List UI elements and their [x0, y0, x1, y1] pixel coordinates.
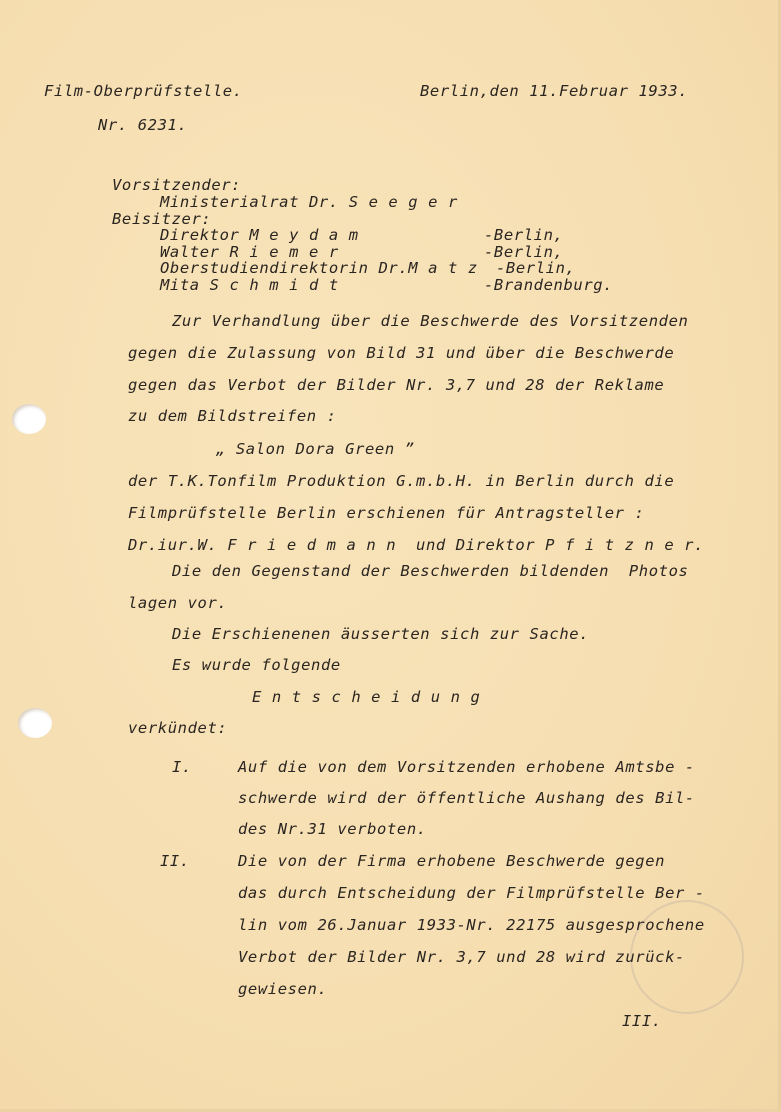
decision-line: Auf die von dem Vorsitzenden erhobene Am… — [238, 758, 695, 776]
office-name: Film-Oberprüfstelle. — [44, 82, 243, 100]
body-line: gegen das Verbot der Bilder Nr. 3,7 und … — [128, 376, 664, 394]
decision-line: gewiesen. — [238, 980, 327, 998]
body-line: Die den Gegenstand der Beschwerden bilde… — [172, 562, 688, 580]
assessor-place: -Berlin, — [484, 226, 563, 244]
chair-label: Vorsitzender: — [112, 176, 241, 194]
assessor-name: Direktor M e y d a m — [160, 226, 359, 244]
decision-heading: E n t s c h e i d u n g — [252, 688, 480, 706]
place-date: Berlin,den 11.Februar 1933. — [420, 82, 688, 100]
decision-line: des Nr.31 verboten. — [238, 820, 427, 838]
body-line: Zur Verhandlung über die Beschwerde des … — [172, 312, 688, 330]
assessor-name: Oberstudiendirektorin Dr.M a t z — [160, 259, 478, 277]
body-line: Filmprüfstelle Berlin erschienen für Ant… — [128, 504, 644, 522]
decision-line: Verbot der Bilder Nr. 3,7 und 28 wird zu… — [238, 948, 685, 966]
body-line: Es wurde folgende — [172, 656, 341, 674]
chair-name: Ministerialrat Dr. S e e g e r — [160, 193, 458, 211]
assessor-place: -Berlin, — [496, 259, 575, 277]
document-page: Film-Oberprüfstelle. Berlin,den 11.Febru… — [0, 0, 781, 1112]
decision-numeral: II. — [160, 852, 190, 870]
decision-line: schwerde wird der öffentliche Aushang de… — [238, 789, 695, 807]
assessor-name: Mita S c h m i d t — [160, 276, 339, 294]
decision-line: Die von der Firma erhobene Beschwerde ge… — [238, 852, 665, 870]
body-line: der T.K.Tonfilm Produktion G.m.b.H. in B… — [128, 472, 674, 490]
body-line: gegen die Zulassung von Bild 31 und über… — [128, 344, 674, 362]
punch-hole — [12, 404, 46, 434]
body-line: Dr.iur.W. F r i e d m a n n und Direktor… — [128, 536, 704, 554]
decision-numeral: I. — [172, 758, 192, 776]
body-line: lagen vor. — [128, 594, 227, 612]
punch-hole — [18, 708, 52, 738]
reference-number: Nr. 6231. — [98, 116, 187, 134]
body-line: Die Erschienenen äusserten sich zur Sach… — [172, 625, 589, 643]
body-line: zu dem Bildstreifen : — [128, 407, 337, 425]
film-title: „ Salon Dora Green ” — [216, 440, 415, 458]
body-line: verkündet: — [128, 719, 227, 737]
decision-line: das durch Entscheidung der Filmprüfstell… — [238, 884, 705, 902]
assessor-place: -Brandenburg. — [484, 276, 613, 294]
continuation-marker: III. — [622, 1012, 662, 1030]
decision-line: lin vom 26.Januar 1933-Nr. 22175 ausgesp… — [238, 916, 705, 934]
